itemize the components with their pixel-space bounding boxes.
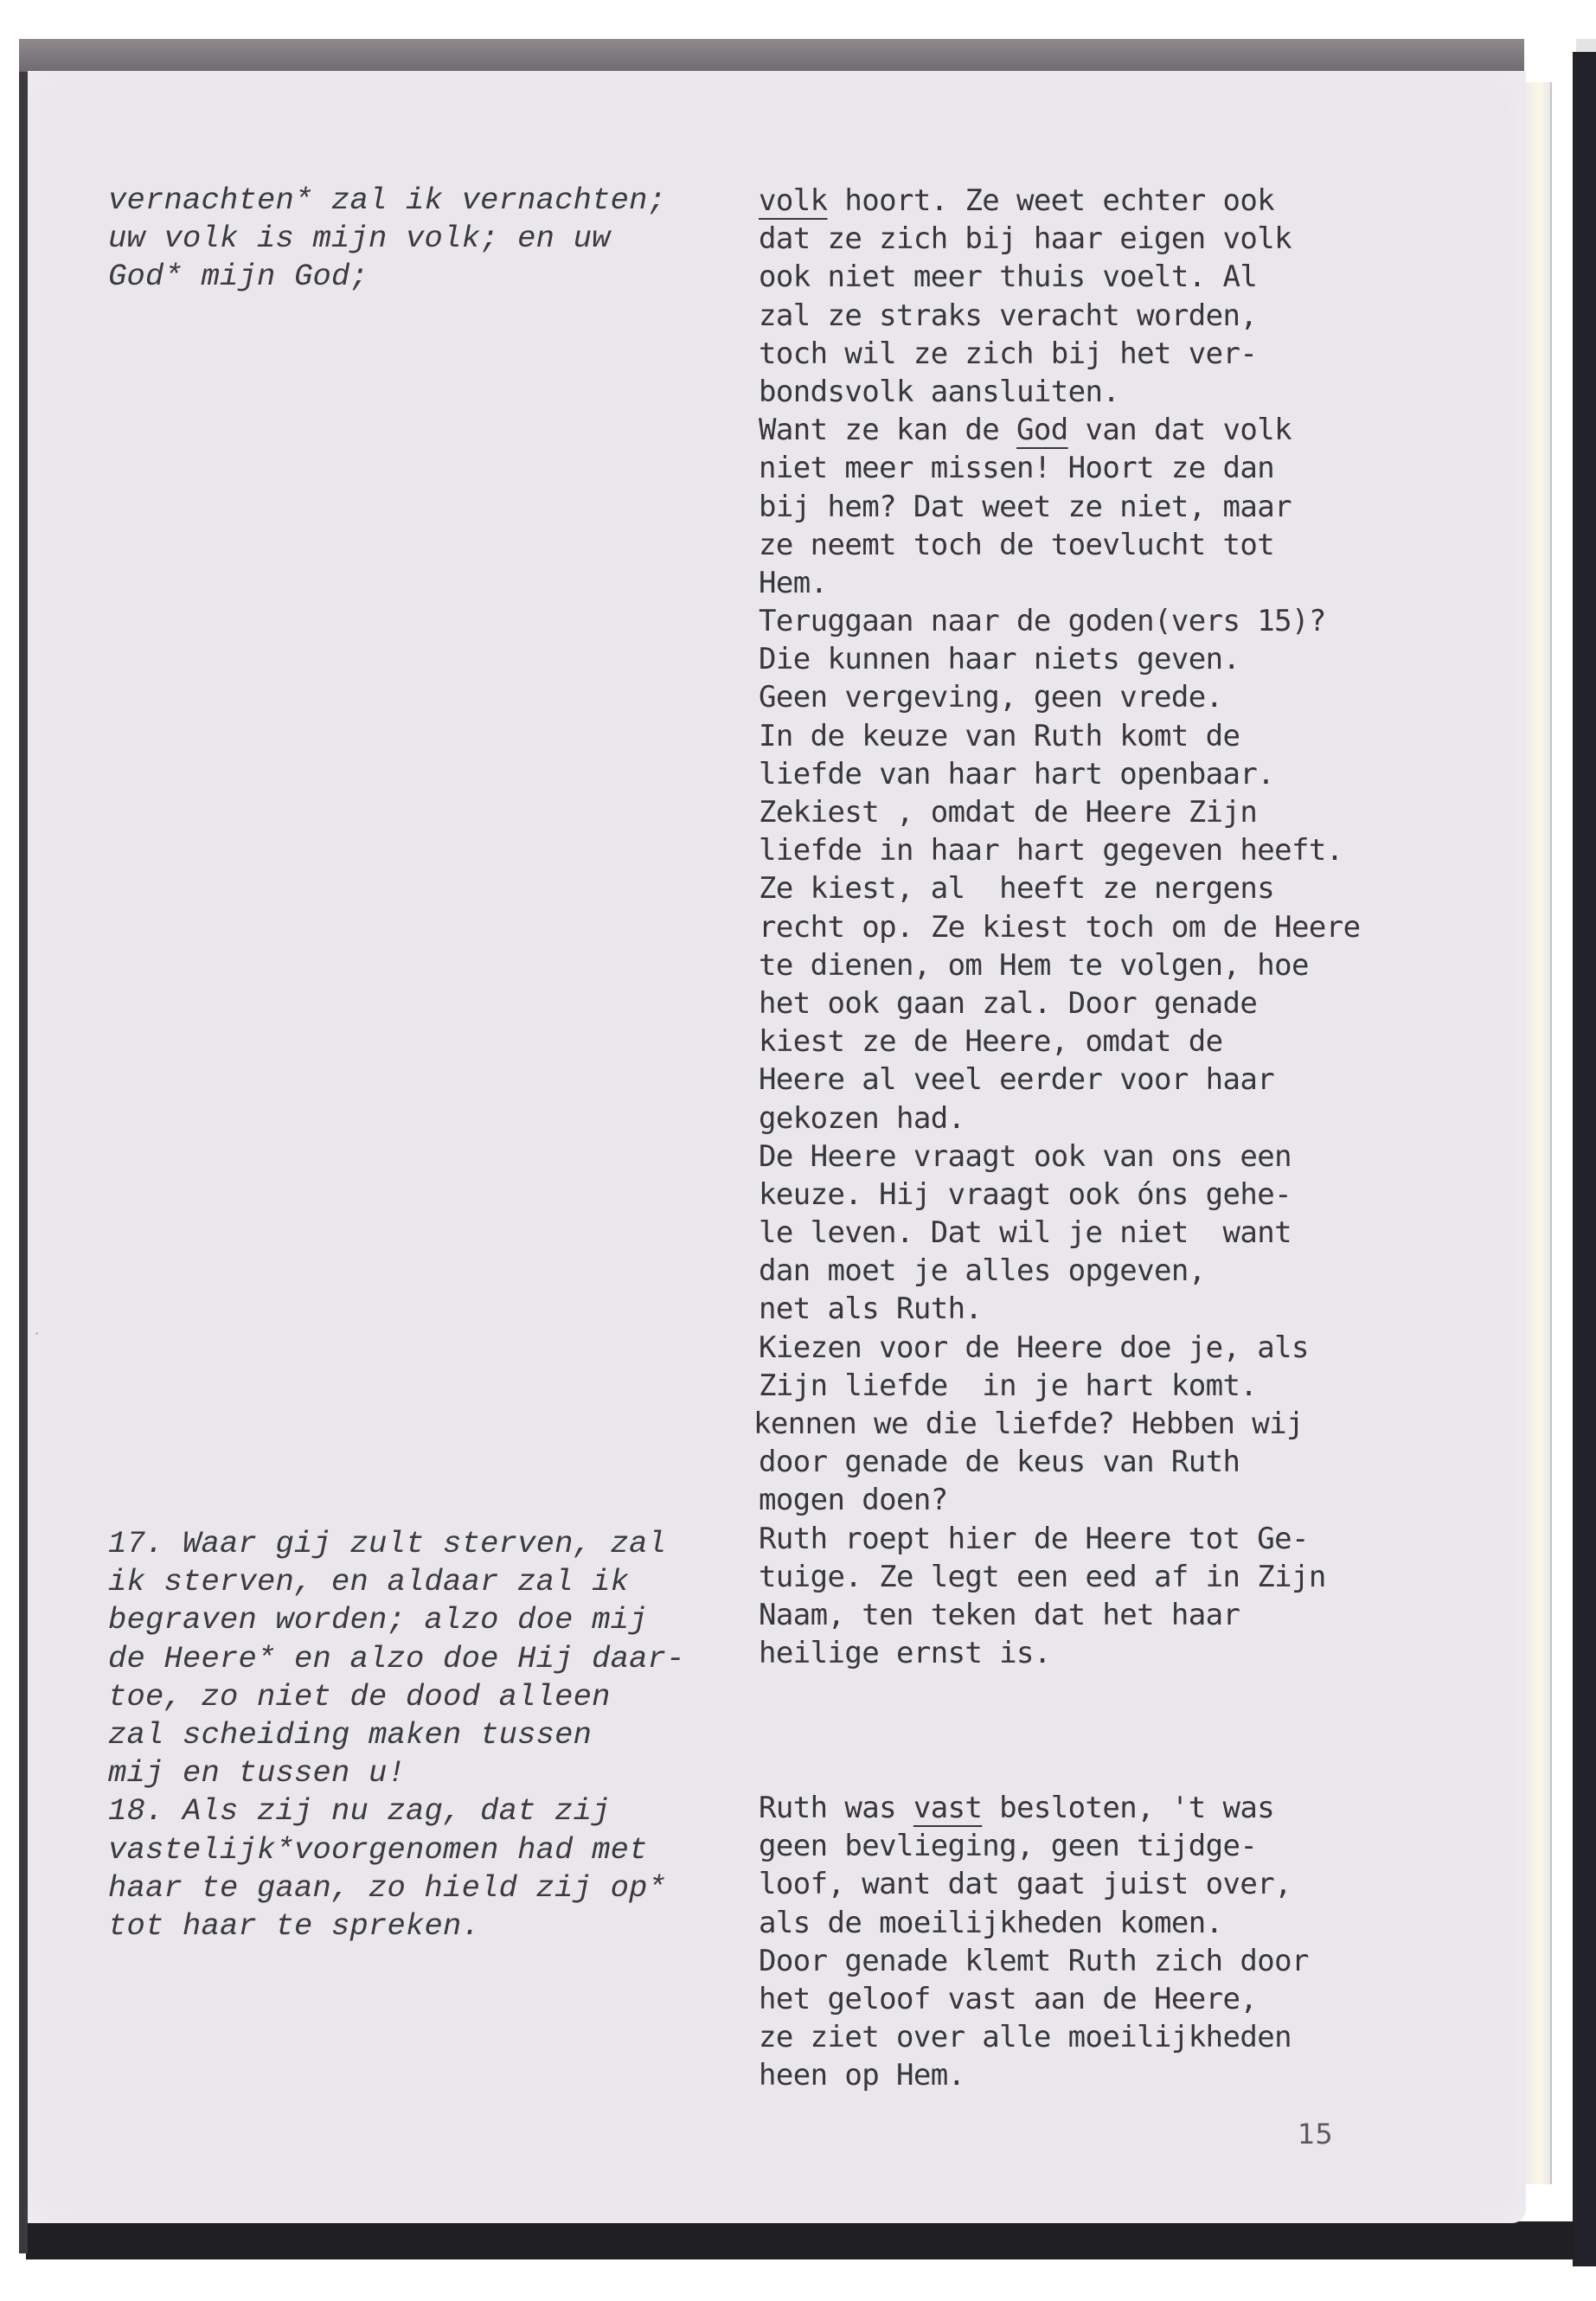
text-line: heen op Hem. [759,2056,1309,2094]
text-segment: Hem. [759,566,827,600]
text-segment: niet meer missen! Hoort ze dan [759,451,1274,485]
page-number: 15 [1298,2118,1333,2150]
text-line: volk hoort. Ze weet echter ook [759,182,1360,220]
text-segment: Kiezen voor de Heere doe je, als [759,1330,1309,1365]
text-segment: Door genade klemt Ruth zich door [759,1944,1309,1978]
text-segment: kennen we die liefde? Hebben wij [753,1407,1304,1441]
text-segment: liefde van haar hart openbaar. [759,757,1274,792]
text-segment: le leven. Dat wil je niet want [759,1215,1292,1250]
text-line: geen bevlieging, geen tijdge- [759,1827,1309,1865]
text-line: recht op. Ze kiest toch om de Heere [759,908,1360,946]
page-left-edge [19,39,28,2253]
text-segment: gekozen had. [759,1101,965,1136]
text-segment: Die kunnen haar niets geven. [759,642,1240,676]
text-line: gekozen had. [759,1099,1360,1138]
text-line: keuze. Hij vraagt ook óns gehe- [759,1176,1360,1214]
text-line: bondsvolk aansluiten. [759,373,1360,411]
text-line: vernachten* zal ik vernachten; [108,182,666,220]
text-line: le leven. Dat wil je niet want [759,1214,1360,1252]
text-line: Ruth roept hier de Heere tot Ge- [759,1520,1360,1558]
text-line: dat ze zich bij haar eigen volk [759,220,1360,258]
text-segment: kiest ze de Heere, omdat de [759,1024,1222,1059]
text-segment: dan moet je alles opgeven, [759,1253,1206,1288]
text-segment: besloten, 't was [982,1791,1274,1825]
text-line: zal scheiding maken tussen [108,1716,685,1754]
text-line: ik sterven, en aldaar zal ik [108,1563,685,1601]
text-segment: bij hem? Dat weet ze niet, maar [759,490,1292,524]
text-segment: door genade de keus van Ruth [759,1445,1240,1479]
text-segment: De Heere vraagt ook van ons een [759,1139,1292,1174]
text-segment: Heere al veel eerder voor haar [759,1062,1274,1097]
text-segment: ze ziet over alle moeilijkheden [759,2020,1292,2054]
text-line: Door genade klemt Ruth zich door [759,1942,1309,1980]
text-segment: geen bevlieging, geen tijdge- [759,1829,1257,1863]
text-segment: hoort. Ze weet echter ook [827,183,1274,218]
text-line: net als Ruth. [759,1290,1360,1328]
scripture-verse-block-2: 17. Waar gij zult sterven, zalik sterven… [108,1525,685,1945]
scripture-verse-block-1: vernachten* zal ik vernachten;uw volk is… [108,182,666,297]
text-segment: net als Ruth. [759,1292,982,1326]
underlined-word: God [1016,413,1068,447]
text-segment: heen op Hem. [759,2058,965,2093]
text-line: Die kunnen haar niets geven. [759,640,1360,678]
text-line: haar te gaan, zo hield zij op* [108,1869,685,1907]
text-line: Zekiest , omdat de Heere Zijn [759,793,1360,831]
text-line: Want ze kan de God van dat volk [759,411,1360,449]
text-line: Teruggaan naar de goden(vers 15)? [759,602,1360,640]
text-line: toch wil ze zich bij het ver- [759,335,1360,373]
text-line: mogen doen? [759,1481,1360,1519]
text-segment: als de moeilijkheden komen. [759,1906,1222,1940]
text-line: tuige. Ze legt een eed af in Zijn [759,1558,1360,1596]
text-segment: Want ze kan de [759,413,1016,447]
text-line: In de keuze van Ruth komt de [759,717,1360,755]
text-line: 17. Waar gij zult sterven, zal [108,1525,685,1563]
text-segment: Zijn liefde in je hart komt. [759,1368,1257,1403]
text-line: bij hem? Dat weet ze niet, maar [759,488,1360,526]
text-line: zal ze straks veracht worden, [759,297,1360,335]
text-segment: liefde in haar hart gegeven heeft. [759,833,1343,868]
text-segment: recht op. Ze kiest toch om de Heere [759,910,1360,945]
text-segment: het geloof vast aan de Heere, [759,1982,1257,2016]
text-line: De Heere vraagt ook van ons een [759,1138,1360,1176]
text-line: Geen vergeving, geen vrede. [759,678,1360,716]
text-line: niet meer missen! Hoort ze dan [759,449,1360,487]
text-line: uw volk is mijn volk; en uw [108,220,666,258]
binding-board-bottom [26,2221,1574,2259]
text-segment: Ze kiest, al heeft ze nergens [759,871,1274,906]
text-line: begraven worden; alzo doe mij [108,1601,685,1639]
text-segment: tuige. Ze legt een eed af in Zijn [759,1560,1326,1594]
text-line: het ook gaan zal. Door genade [759,984,1360,1022]
text-line: mij en tussen u! [108,1754,685,1792]
text-line: loof, want dat gaat juist over, [759,1865,1309,1903]
text-line: 18. Als zij nu zag, dat zij [108,1792,685,1830]
text-segment: Ruth roept hier de Heere tot Ge- [759,1522,1309,1556]
text-line: ze neemt toch de toevlucht tot [759,526,1360,564]
text-segment: heilige ernst is. [759,1636,1051,1670]
text-segment: In de keuze van Ruth komt de [759,719,1240,753]
text-segment: bondsvolk aansluiten. [759,375,1119,409]
text-segment: Ruth was [759,1791,913,1825]
text-line: te dienen, om Hem te volgen, hoe [759,946,1360,984]
stacked-page-edges [1524,82,1552,2184]
text-segment: loof, want dat gaat juist over, [759,1867,1292,1901]
text-line: als de moeilijkheden komen. [759,1904,1309,1942]
underlined-word: volk [759,183,827,218]
text-line: liefde van haar hart openbaar. [759,755,1360,793]
text-segment: ze neemt toch de toevlucht tot [759,528,1274,562]
text-line: toe, zo niet de dood alleen [108,1678,685,1716]
text-segment: Geen vergeving, geen vrede. [759,680,1222,715]
text-line: liefde in haar hart gegeven heeft. [759,831,1360,869]
text-segment: Naam, ten teken dat het haar [759,1598,1240,1632]
text-line: tot haar te spreken. [108,1907,685,1945]
text-segment: te dienen, om Hem te volgen, hoe [759,948,1309,983]
text-segment: toch wil ze zich bij het ver- [759,336,1257,371]
text-line: kiest ze de Heere, omdat de [759,1022,1360,1061]
text-line: dan moet je alles opgeven, [759,1252,1360,1290]
commentary-block-2: Ruth was vast besloten, 't wasgeen bevli… [759,1789,1309,2095]
text-line: Hem. [759,564,1360,602]
text-segment: van dat volk [1068,413,1292,447]
text-segment: keuze. Hij vraagt ook óns gehe- [759,1177,1292,1212]
text-segment: Teruggaan naar de goden(vers 15)? [759,604,1326,638]
text-line: ze ziet over alle moeilijkheden [759,2018,1309,2056]
text-line: heilige ernst is. [759,1634,1360,1672]
text-segment: het ook gaan zal. Door genade [759,986,1257,1021]
text-line: Naam, ten teken dat het haar [759,1596,1360,1634]
page-top-shadow [19,39,1524,72]
text-line: Kiezen voor de Heere doe je, als [759,1329,1360,1367]
commentary-block-1: volk hoort. Ze weet echter ookdat ze zic… [759,182,1360,1672]
text-line: ook niet meer thuis voelt. Al [759,258,1360,296]
text-line: Ze kiest, al heeft ze nergens [759,869,1360,907]
text-segment: Zekiest , omdat de Heere Zijn [759,795,1257,830]
text-line: Heere al veel eerder voor haar [759,1061,1360,1099]
text-line: de Heere* en alzo doe Hij daar- [108,1640,685,1678]
text-segment: zal ze straks veracht worden, [759,298,1257,333]
text-segment: ook niet meer thuis voelt. Al [759,260,1257,294]
text-line: vastelijk*voorgenomen had met [108,1831,685,1869]
text-segment: dat ze zich bij haar eigen volk [759,221,1292,256]
underlined-word: vast [913,1791,982,1825]
text-segment: mogen doen? [759,1483,948,1517]
text-line: God* mijn God; [108,258,666,296]
margin-speck: · [35,1325,39,1342]
text-line: Zijn liefde in je hart komt. [759,1367,1360,1405]
binding-board-right [1573,52,1596,2266]
text-line: het geloof vast aan de Heere, [759,1980,1309,2018]
text-line: door genade de keus van Ruth [759,1443,1360,1481]
text-line: kennen we die liefde? Hebben wij [753,1405,1360,1443]
text-line: Ruth was vast besloten, 't was [759,1789,1309,1827]
